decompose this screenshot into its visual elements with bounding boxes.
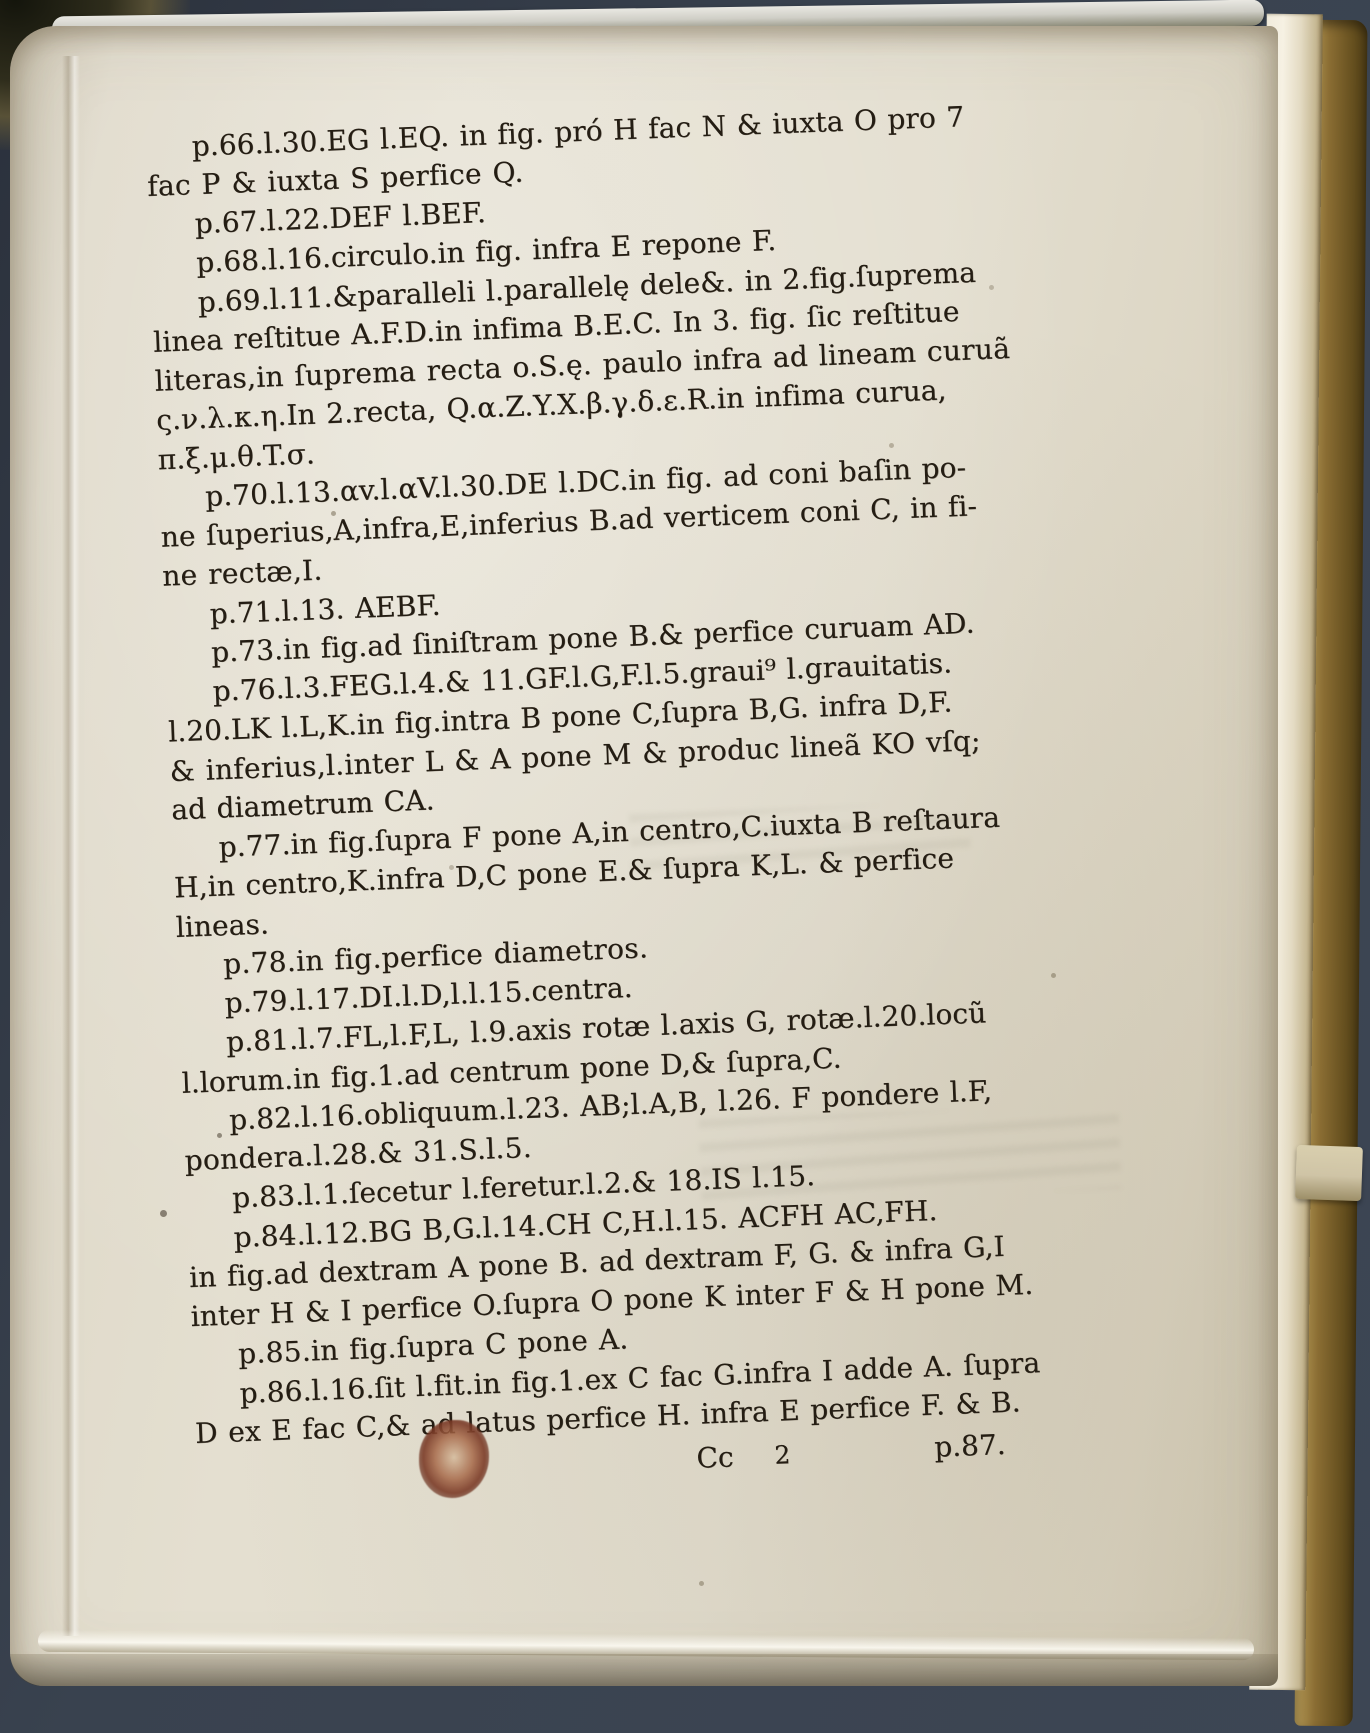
signature-number: 2 [774,1440,791,1470]
catchword: p.87. [934,1428,1007,1464]
bottom-page-edge-shadow [10,1654,1278,1686]
signature-mark: Cc [696,1440,734,1474]
book-page: p.66.l.30.EG l.EQ. in fig. pró H fac N &… [10,26,1278,1686]
paper-specks [10,26,13,29]
binding-tie [1295,1145,1363,1201]
errata-lines: p.66.l.30.EG l.EQ. in fig. pró H fac N &… [145,95,1047,1453]
gutter-crease [62,56,80,1636]
errata-text-block: p.66.l.30.EG l.EQ. in fig. pró H fac N &… [145,95,1049,1501]
book-photo: p.66.l.30.EG l.EQ. in fig. pró H fac N &… [0,0,1370,1733]
